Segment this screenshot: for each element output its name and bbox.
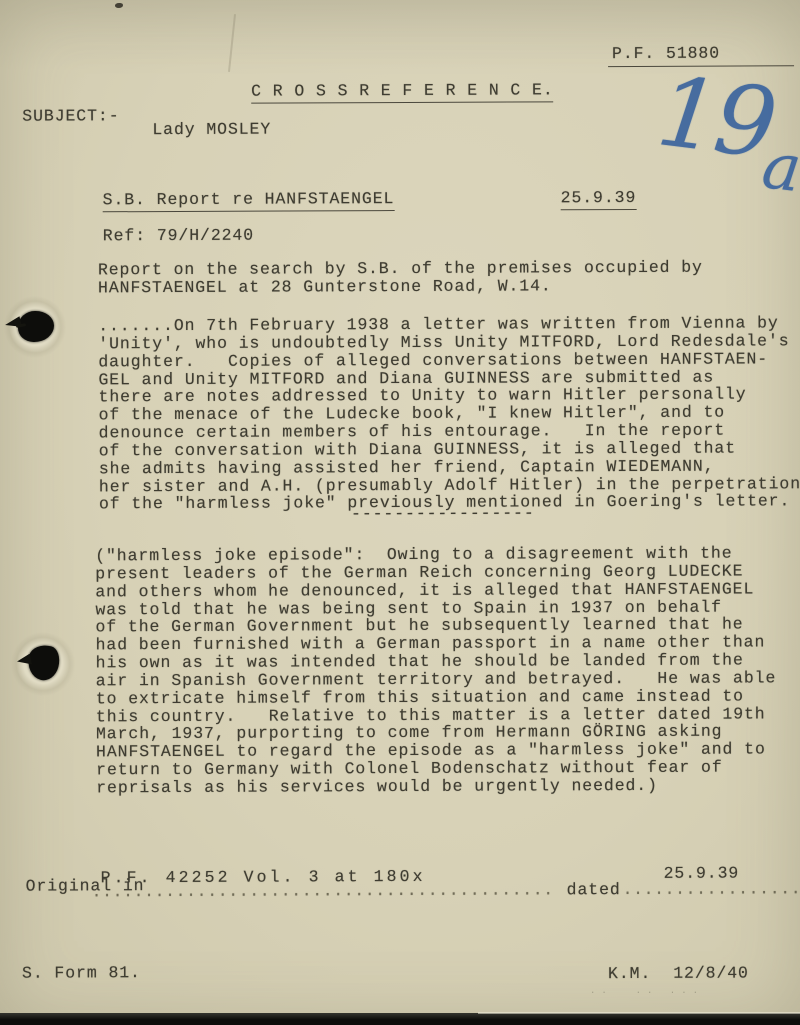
- ref-line: Ref: 79/H/2240: [103, 227, 254, 246]
- folio-digits: 19: [652, 55, 779, 180]
- subject-value: Lady MOSLEY: [152, 121, 271, 139]
- scan-edge-bottom: [0, 1013, 800, 1025]
- form-number: S. Form 81.: [22, 964, 141, 982]
- paragraph-2: ("harmless joke episode": Owing to a dis…: [95, 544, 800, 797]
- original-location-value: P.F. 42252 Vol. 3 at 180x: [101, 868, 426, 887]
- dated-label: dated: [567, 881, 621, 899]
- initials-and-date: K.M.12/8/40: [608, 964, 749, 982]
- stamp-date: 12/8/40: [673, 963, 749, 982]
- dashed-separator: -----------------: [351, 504, 535, 523]
- report-date: 25.9.39: [561, 189, 637, 210]
- report-date-text: 25.9.39: [561, 189, 637, 210]
- report-title-text: S.B. Report re HANFSTAENGEL: [103, 190, 395, 212]
- initials: K.M.: [608, 964, 651, 983]
- scanned-document-page: .. .. ... P.F. 51880 C R O S S R E F E R…: [0, 0, 800, 1025]
- folio-annotation: 19a: [653, 63, 800, 177]
- original-date-value: 25.9.39: [664, 865, 740, 883]
- page-title: C R O S S R E F E R E N C E.: [251, 81, 554, 103]
- dotted-line-2: .................: [623, 880, 800, 899]
- intro-paragraph: Report on the search by S.B. of the prem…: [98, 259, 738, 297]
- report-title: S.B. Report re HANFSTAENGEL: [103, 190, 395, 212]
- paragraph-1: .......On 7th February 1938 a letter was…: [98, 314, 800, 513]
- scan-edge-highlight: [478, 1012, 800, 1014]
- subject-label: SUBJECT:-: [22, 107, 119, 125]
- page-title-text: C R O S S R E F E R E N C E.: [251, 81, 554, 103]
